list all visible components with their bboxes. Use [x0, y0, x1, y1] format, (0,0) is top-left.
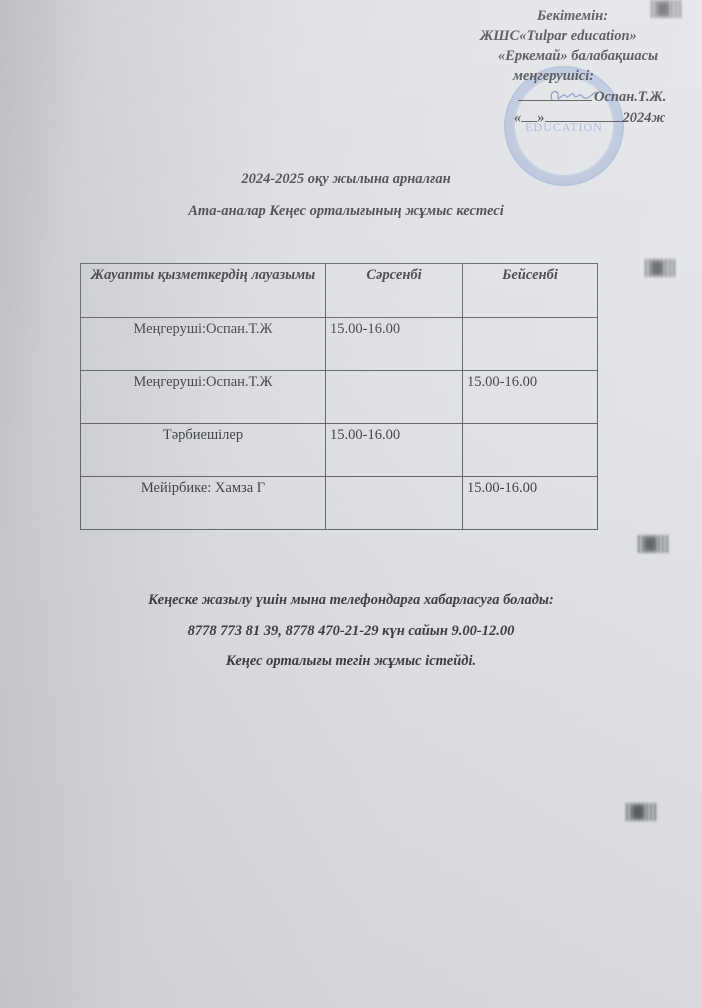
- day-blank: [521, 107, 537, 122]
- header-wednesday: Сәрсенбі: [326, 264, 463, 318]
- table-row: Меңгеруші:Оспан.Т.Ж 15.00-16.00: [81, 371, 598, 424]
- approval-signer: Оспан.Т.Ж.: [594, 89, 666, 105]
- cell-position: Тәрбиешілер: [81, 424, 326, 477]
- table-row: Мейірбике: Хамза Г 15.00-16.00: [81, 477, 598, 530]
- header-position: Жауапты қызметкердің лауазымы: [81, 264, 326, 318]
- binder-mark-icon: [645, 259, 675, 277]
- footer-free-service-note: Кеңес орталығы тегін жұмыс істейді.: [0, 653, 702, 670]
- signature-underline: [518, 86, 592, 101]
- approval-organization: ЖШС«Tulpar education»: [470, 26, 692, 46]
- approval-signature-line: Оспан.Т.Ж.: [470, 86, 692, 107]
- cell-thursday: [463, 318, 598, 371]
- approval-position: меңгерушісі:: [470, 66, 692, 86]
- date-close-quote: »: [537, 110, 544, 126]
- approval-kindergarten: «Еркемай» балабақшасы: [470, 46, 692, 66]
- footer-contact-intro: Кеңеске жазылу үшін мына телефондарға ха…: [0, 592, 702, 609]
- approval-block: Бекітемін: ЖШС«Tulpar education» «Еркема…: [470, 6, 692, 128]
- table-header-row: Жауапты қызметкердің лауазымы Сәрсенбі Б…: [81, 264, 598, 318]
- document-page: EDUCATION Бекітемін: ЖШС«Tulpar educatio…: [0, 0, 702, 1008]
- document-title-year: 2024-2025 оқу жылына арналған: [0, 171, 697, 188]
- approval-year: 2024ж: [623, 110, 666, 126]
- binder-mark-icon: [651, 0, 681, 18]
- cell-thursday: [463, 424, 598, 477]
- cell-wednesday: 15.00-16.00: [326, 318, 463, 371]
- cell-position: Мейірбике: Хамза Г: [81, 477, 326, 530]
- schedule-table: Жауапты қызметкердің лауазымы Сәрсенбі Б…: [80, 263, 598, 530]
- approval-date-line: «»2024ж: [470, 107, 692, 128]
- cell-wednesday: [326, 477, 463, 530]
- header-thursday: Бейсенбі: [463, 264, 598, 318]
- cell-position: Меңгеруші:Оспан.Т.Ж: [81, 371, 326, 424]
- document-title: Ата-аналар Кеңес орталығының жұмыс кесте…: [0, 203, 697, 220]
- table-row: Меңгеруші:Оспан.Т.Ж 15.00-16.00: [81, 318, 598, 371]
- cell-thursday: 15.00-16.00: [463, 477, 598, 530]
- binder-mark-icon: [638, 535, 668, 553]
- cell-wednesday: 15.00-16.00: [326, 424, 463, 477]
- cell-wednesday: [326, 371, 463, 424]
- footer-phone-numbers: 8778 773 81 39, 8778 470-21-29 күн сайын…: [0, 623, 702, 640]
- month-blank: [545, 107, 623, 122]
- cell-thursday: 15.00-16.00: [463, 371, 598, 424]
- binder-mark-icon: [626, 803, 656, 821]
- table-row: Тәрбиешілер 15.00-16.00: [81, 424, 598, 477]
- date-open-quote: «: [514, 110, 521, 126]
- cell-position: Меңгеруші:Оспан.Т.Ж: [81, 318, 326, 371]
